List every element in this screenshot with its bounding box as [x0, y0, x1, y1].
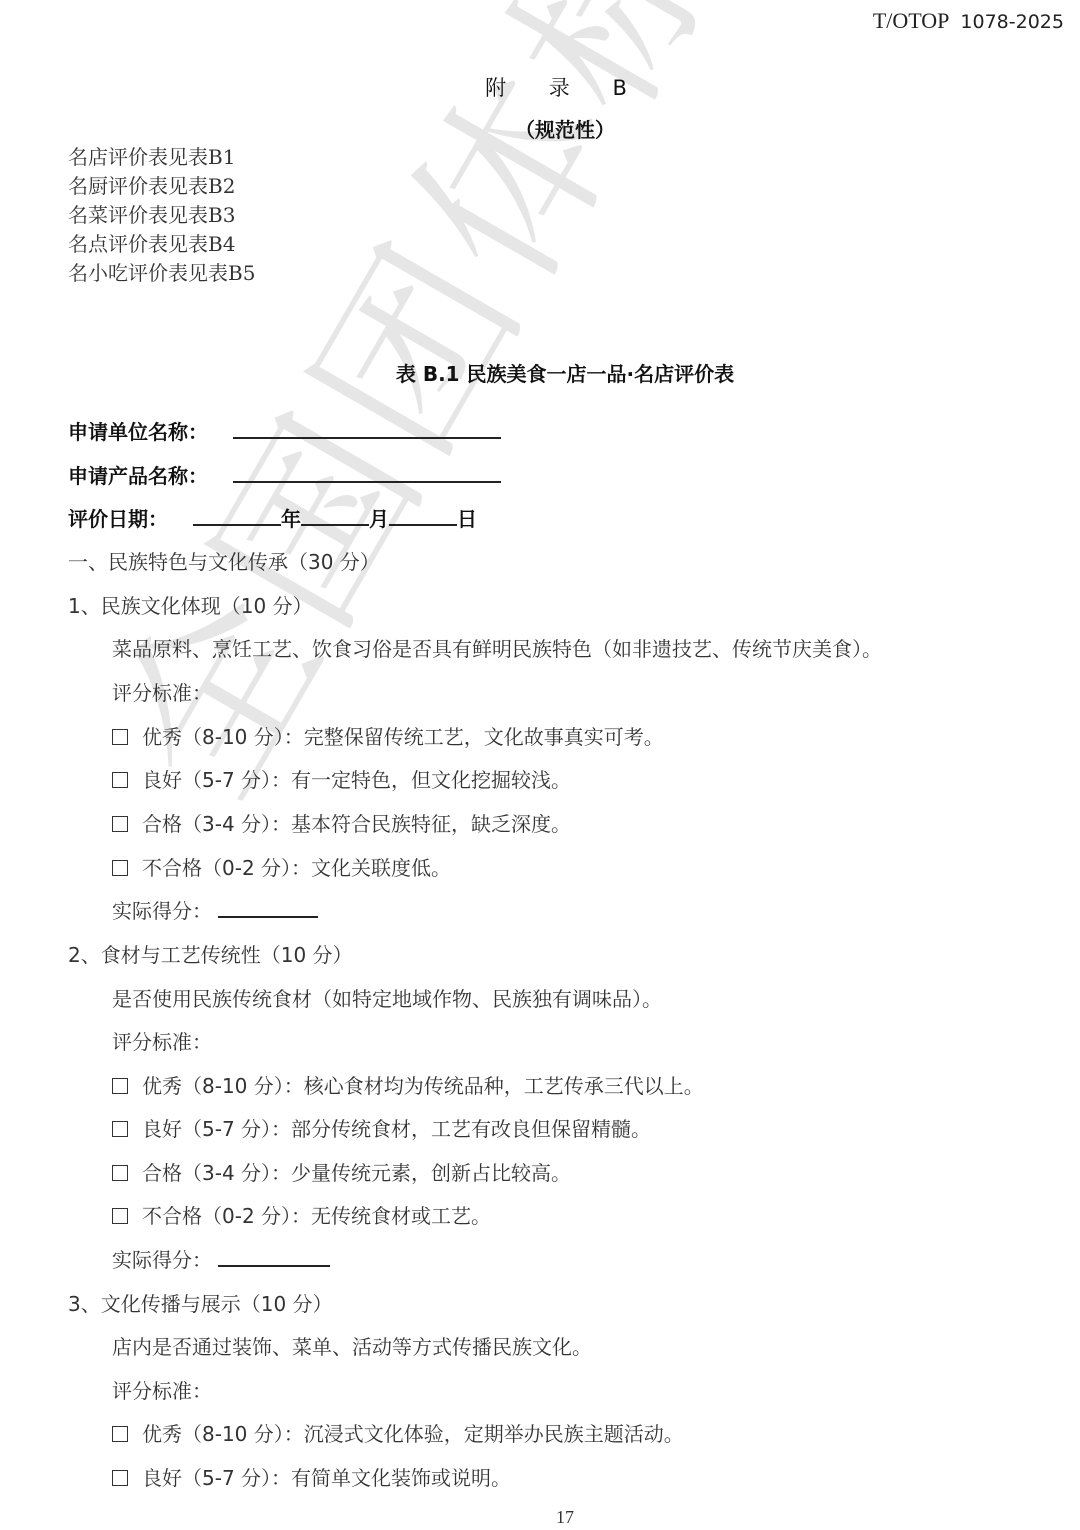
applicant-input[interactable] [233, 417, 501, 439]
criterion-grade: 优秀（8-10 分）： [142, 1074, 304, 1098]
standard-code-number: 1078-2025 [960, 11, 1064, 33]
checkbox[interactable] [112, 1078, 128, 1094]
checkbox[interactable] [112, 1121, 128, 1137]
checkbox[interactable] [112, 1470, 128, 1486]
item-title: 3、文化传播与展示（10 分） [68, 1288, 333, 1317]
criterion-text: 有简单文化装饰或说明。 [291, 1466, 511, 1490]
reference-item: 名点评价表见表B4 [68, 230, 255, 259]
criterion-row: 良好（5-7 分）：有简单文化装饰或说明。 [112, 1462, 511, 1491]
criterion-grade: 优秀（8-10 分）： [142, 1422, 304, 1446]
section-title: 一、民族特色与文化传承（30 分） [68, 546, 380, 575]
product-input[interactable] [233, 461, 501, 483]
criterion-text: 核心食材均为传统品种，工艺传承三代以上。 [304, 1074, 704, 1098]
criterion-grade: 良好（5-7 分）： [142, 1466, 291, 1490]
criterion-grade: 不合格（0-2 分）： [142, 856, 311, 880]
checkbox[interactable] [112, 729, 128, 745]
criterion-text: 文化关联度低。 [311, 856, 451, 880]
criteria-label: 评分标准： [112, 1026, 212, 1055]
reference-item: 名店评价表见表B1 [68, 143, 255, 172]
criterion-row: 良好（5-7 分）：有一定特色，但文化挖掘较浅。 [112, 764, 571, 793]
actual-score-label: 实际得分： [112, 899, 212, 923]
criterion-row: 不合格（0-2 分）：无传统食材或工艺。 [112, 1200, 491, 1229]
day-label: 日 [457, 507, 477, 531]
applicant-field: 申请单位名称： [68, 416, 501, 445]
item-description: 是否使用民族传统食材（如特定地域作物、民族独有调味品）。 [112, 983, 662, 1012]
checkbox[interactable] [112, 816, 128, 832]
criteria-label: 评分标准： [112, 1375, 212, 1404]
reference-item: 名厨评价表见表B2 [68, 172, 255, 201]
actual-score-label: 实际得分： [112, 1248, 212, 1272]
item-description: 店内是否通过装饰、菜单、活动等方式传播民族文化。 [112, 1331, 592, 1360]
criterion-text: 少量传统元素，创新占比较高。 [291, 1161, 571, 1185]
reference-list: 名店评价表见表B1 名厨评价表见表B2 名菜评价表见表B3 名点评价表见表B4 … [68, 143, 255, 288]
criterion-row: 合格（3-4 分）：基本符合民族特征，缺乏深度。 [112, 808, 571, 837]
checkbox[interactable] [112, 1208, 128, 1224]
item-description: 菜品原料、烹饪工艺、饮食习俗是否具有鲜明民族特色（如非遗技艺、传统节庆美食）。 [112, 633, 882, 662]
criterion-text: 无传统食材或工艺。 [311, 1204, 491, 1228]
criterion-grade: 良好（5-7 分）： [142, 768, 291, 792]
criterion-text: 部分传统食材，工艺有改良但保留精髓。 [291, 1117, 651, 1141]
actual-score-row: 实际得分： [112, 1244, 330, 1273]
criterion-grade: 不合格（0-2 分）： [142, 1204, 311, 1228]
table-title: 表 B.1 民族美食一店一品·名店评价表 [0, 358, 1080, 387]
reference-item: 名小吃评价表见表B5 [68, 259, 255, 288]
actual-score-input[interactable] [218, 896, 318, 918]
criterion-row: 优秀（8-10 分）：核心食材均为传统品种，工艺传承三代以上。 [112, 1070, 704, 1099]
criteria-label: 评分标准： [112, 677, 212, 706]
criterion-row: 良好（5-7 分）：部分传统食材，工艺有改良但保留精髓。 [112, 1113, 651, 1142]
checkbox[interactable] [112, 1426, 128, 1442]
item-title: 2、食材与工艺传统性（10 分） [68, 939, 353, 968]
day-input[interactable] [389, 504, 457, 526]
applicant-label: 申请单位名称： [68, 420, 208, 444]
appendix-title: 附 录 B [0, 72, 1080, 102]
criterion-grade: 良好（5-7 分）： [142, 1117, 291, 1141]
criterion-row: 不合格（0-2 分）：文化关联度低。 [112, 852, 451, 881]
document-page: 全国团体标准信息平台 T/OTOP 1078-2025 附 录 B （规范性） … [0, 0, 1080, 1530]
criterion-row: 优秀（8-10 分）：沉浸式文化体验，定期举办民族主题活动。 [112, 1418, 684, 1447]
month-label: 月 [369, 507, 389, 531]
criterion-text: 完整保留传统工艺，文化故事真实可考。 [304, 725, 664, 749]
criterion-text: 基本符合民族特征，缺乏深度。 [291, 812, 571, 836]
checkbox[interactable] [112, 772, 128, 788]
standard-code: T/OTOP 1078-2025 [873, 8, 1064, 34]
reference-item: 名菜评价表见表B3 [68, 201, 255, 230]
criterion-row: 合格（3-4 分）：少量传统元素，创新占比较高。 [112, 1157, 571, 1186]
criterion-row: 优秀（8-10 分）：完整保留传统工艺，文化故事真实可考。 [112, 721, 664, 750]
page-number: 17 [0, 1507, 1080, 1528]
year-label: 年 [281, 507, 301, 531]
product-field: 申请产品名称： [68, 460, 501, 489]
criterion-text: 有一定特色，但文化挖掘较浅。 [291, 768, 571, 792]
criterion-text: 沉浸式文化体验，定期举办民族主题活动。 [304, 1422, 684, 1446]
criterion-grade: 优秀（8-10 分）： [142, 725, 304, 749]
date-label: 评价日期： [68, 507, 168, 531]
product-label: 申请产品名称： [68, 464, 208, 488]
item-title: 1、民族文化体现（10 分） [68, 590, 313, 619]
standard-code-prefix: T/OTOP [873, 8, 950, 33]
actual-score-row: 实际得分： [112, 895, 318, 924]
checkbox[interactable] [112, 1165, 128, 1181]
criterion-grade: 合格（3-4 分）： [142, 812, 291, 836]
actual-score-input[interactable] [218, 1245, 330, 1267]
checkbox[interactable] [112, 860, 128, 876]
year-input[interactable] [193, 504, 281, 526]
month-input[interactable] [301, 504, 369, 526]
date-field: 评价日期： 年月日 [68, 503, 477, 532]
criterion-grade: 合格（3-4 分）： [142, 1161, 291, 1185]
appendix-subtitle: （规范性） [0, 114, 1080, 143]
